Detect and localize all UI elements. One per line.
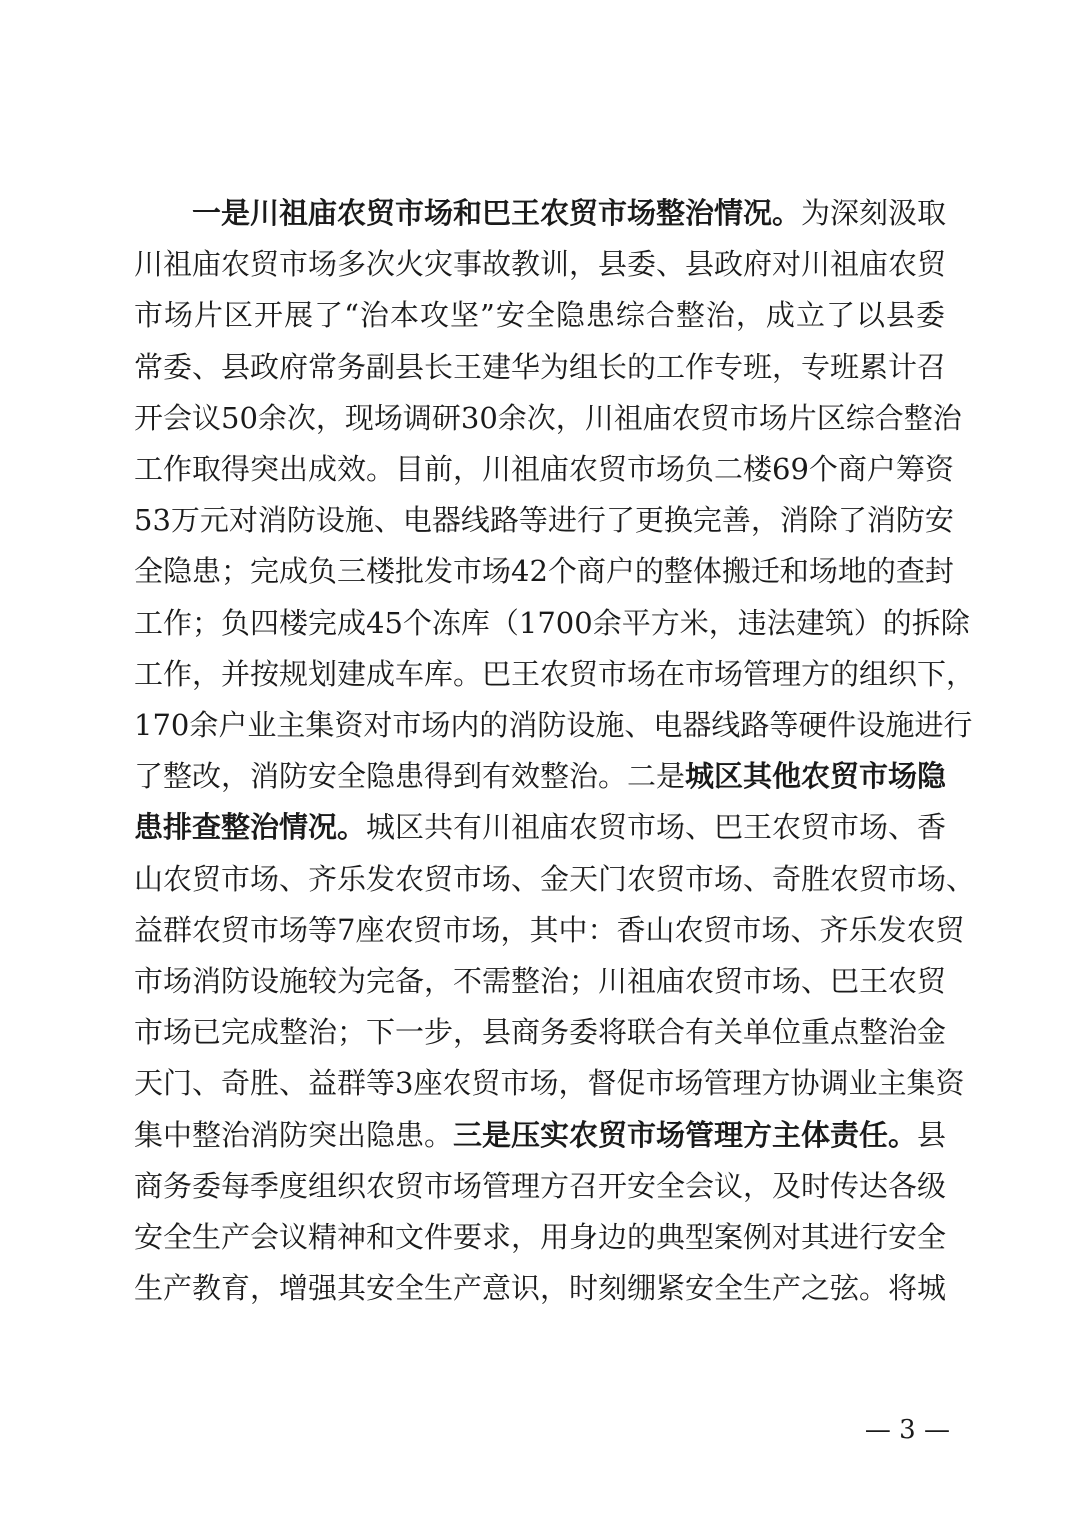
page-number: — 3 — (850, 1412, 950, 1448)
body-text-segment: 生产教育，增强其安全生产意识，时刻绷紧安全生产之弦。将城 (134, 1271, 946, 1305)
text-line: 一是川祖庙农贸市场和巴王农贸市场整治情况。为深刻汲取 (192, 193, 945, 233)
bold-heading-text: 患排查整治情况。 (134, 810, 366, 844)
body-text-segment: 开会议50余次，现场调研30余次，川祖庙农贸市场片区综合整治 (134, 401, 962, 435)
text-line: 生产教育，增强其安全生产意识，时刻绷紧安全生产之弦。将城 (134, 1268, 945, 1308)
bold-heading-text: 一是川祖庙农贸市场和巴王农贸市场整治情况。 (192, 196, 801, 230)
body-text-segment: 川祖庙农贸市场多次火灾事故教训，县委、县政府对川祖庙农贸 (134, 247, 946, 281)
body-text-segment: 为深刻汲取 (801, 196, 946, 230)
body-text-segment: 益群农贸市场等7座农贸市场，其中：香山农贸市场、齐乐发农贸 (134, 913, 964, 947)
bold-heading-text: 城区其他农贸市场隐 (685, 759, 946, 793)
text-line: 市场片区开展了“治本攻坚”安全隐患综合整治，成立了以县委 (134, 295, 945, 335)
body-text-segment: 商务委每季度组织农贸市场管理方召开安全会议，及时传达各级 (134, 1169, 946, 1203)
text-line: 益群农贸市场等7座农贸市场，其中：香山农贸市场、齐乐发农贸 (134, 910, 945, 950)
text-line: 天门、奇胜、益群等3座农贸市场，督促市场管理方协调业主集资 (134, 1063, 945, 1103)
text-line: 开会议50余次，现场调研30余次，川祖庙农贸市场片区综合整治 (134, 398, 945, 438)
document-page: 一是川祖庙农贸市场和巴王农贸市场整治情况。为深刻汲取川祖庙农贸市场多次火灾事故教… (0, 0, 1074, 1520)
body-text-segment: 170余户业主集资对市场内的消防设施、电器线路等硬件设施进行 (134, 708, 972, 742)
body-text-segment: 山农贸市场、齐乐发农贸市场、金天门农贸市场、奇胜农贸市场、 (134, 862, 975, 896)
text-line: 患排查整治情况。城区共有川祖庙农贸市场、巴王农贸市场、香 (134, 807, 945, 847)
text-line: 市场已完成整治；下一步，县商务委将联合有关单位重点整治金 (134, 1012, 945, 1052)
body-text-segment: 工作，并按规划建成车库。巴王农贸市场在市场管理方的组织下， (134, 657, 975, 691)
text-line: 商务委每季度组织农贸市场管理方召开安全会议，及时传达各级 (134, 1166, 945, 1206)
text-line: 全隐患；完成负三楼批发市场42个商户的整体搬迁和场地的查封 (134, 551, 945, 591)
text-line: 集中整治消防突出隐患。三是压实农贸市场管理方主体责任。县 (134, 1115, 945, 1155)
text-line: 了整改，消防安全隐患得到有效整治。二是城区其他农贸市场隐 (134, 756, 945, 796)
body-text-segment: 市场已完成整治；下一步，县商务委将联合有关单位重点整治金 (134, 1015, 946, 1049)
body-text-segment: 53万元对消防设施、电器线路等进行了更换完善，消除了消防安 (134, 503, 954, 537)
text-line: 工作；负四楼完成45个冻库（1700余平方米，违法建筑）的拆除 (134, 603, 945, 643)
body-text-segment: 城区共有川祖庙农贸市场、巴王农贸市场、香 (366, 810, 946, 844)
body-text-segment: 县 (917, 1118, 946, 1152)
body-text-segment: 天门、奇胜、益群等3座农贸市场，督促市场管理方协调业主集资 (134, 1066, 964, 1100)
text-line: 山农贸市场、齐乐发农贸市场、金天门农贸市场、奇胜农贸市场、 (134, 859, 945, 899)
text-line: 170余户业主集资对市场内的消防设施、电器线路等硬件设施进行 (134, 705, 945, 745)
text-line: 市场消防设施较为完备，不需整治；川祖庙农贸市场、巴王农贸 (134, 961, 945, 1001)
text-line: 53万元对消防设施、电器线路等进行了更换完善，消除了消防安 (134, 500, 945, 540)
body-text-segment: 市场消防设施较为完备，不需整治；川祖庙农贸市场、巴王农贸 (134, 964, 946, 998)
text-line: 工作取得突出成效。目前，川祖庙农贸市场负二楼69个商户筹资 (134, 449, 945, 489)
text-line: 安全生产会议精神和文件要求，用身边的典型案例对其进行安全 (134, 1217, 945, 1257)
body-text-segment: 市场片区开展了“治本攻坚”安全隐患综合整治，成立了以县委 (134, 298, 945, 332)
body-text-segment: 工作；负四楼完成45个冻库（1700余平方米，违法建筑）的拆除 (134, 606, 970, 640)
text-line: 工作，并按规划建成车库。巴王农贸市场在市场管理方的组织下， (134, 654, 945, 694)
body-text-segment: 常委、县政府常务副县长王建华为组长的工作专班，专班累计召 (134, 350, 946, 384)
text-line: 常委、县政府常务副县长王建华为组长的工作专班，专班累计召 (134, 347, 945, 387)
body-text-segment: 全隐患；完成负三楼批发市场42个商户的整体搬迁和场地的查封 (134, 554, 954, 588)
bold-heading-text: 三是压实农贸市场管理方主体责任。 (453, 1118, 917, 1152)
body-text-segment: 安全生产会议精神和文件要求，用身边的典型案例对其进行安全 (134, 1220, 946, 1254)
body-text-segment: 了整改，消防安全隐患得到有效整治。二是 (134, 759, 685, 793)
text-line: 川祖庙农贸市场多次火灾事故教训，县委、县政府对川祖庙农贸 (134, 244, 945, 284)
body-text-segment: 集中整治消防突出隐患。 (134, 1118, 453, 1152)
body-text-segment: 工作取得突出成效。目前，川祖庙农贸市场负二楼69个商户筹资 (134, 452, 954, 486)
